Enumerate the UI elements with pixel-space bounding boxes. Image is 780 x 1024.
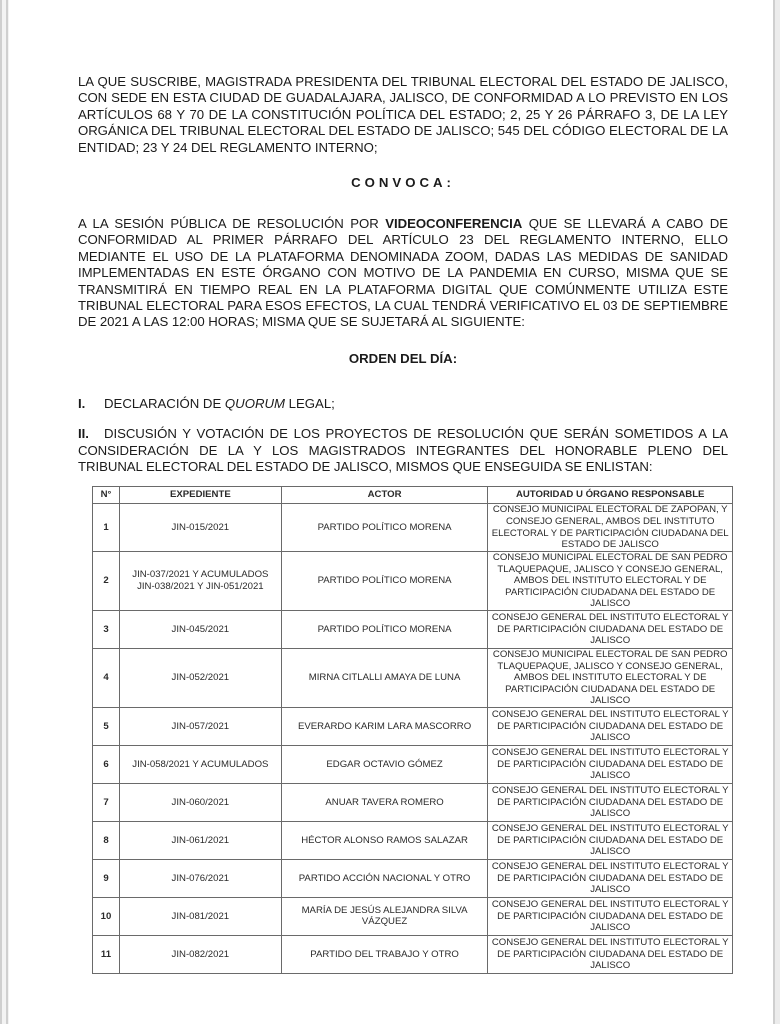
page-edge [0,0,2,1024]
page-edge [6,0,8,1024]
row-number: 11 [93,935,120,973]
autoridad-cell: CONSEJO GENERAL DEL INSTITUTO ELECTORAL … [488,859,733,897]
actor-cell: PARTIDO DEL TRABAJO Y OTRO [281,935,488,973]
actor-cell: EVERARDO KARIM LARA MASCORRO [281,707,488,745]
cases-table: N° EXPEDIENTE ACTOR AUTORIDAD U ÓRGANO R… [92,486,733,974]
actor-cell: HÉCTOR ALONSO RAMOS SALAZAR [281,821,488,859]
autoridad-cell: CONSEJO GENERAL DEL INSTITUTO ELECTORAL … [488,745,733,783]
table-row: 2JIN-037/2021 Y ACUMULADOS JIN-038/2021 … [93,552,733,611]
table-row: 3JIN-045/2021PARTIDO POLÍTICO MORENACONS… [93,610,733,648]
row-number: 3 [93,610,120,648]
agenda-item-number: I. [78,396,104,412]
expediente-cell: JIN-015/2021 [119,504,281,552]
expediente-cell: JIN-058/2021 Y ACUMULADOS [119,745,281,783]
row-number: 10 [93,897,120,935]
table-row: 10JIN-081/2021MARÍA DE JESÚS ALEJANDRA S… [93,897,733,935]
agenda-heading: ORDEN DEL DÍA: [78,351,728,366]
autoridad-cell: CONSEJO MUNICIPAL ELECTORAL DE ZAPOPAN, … [488,504,733,552]
expediente-cell: JIN-061/2021 [119,821,281,859]
actor-cell: PARTIDO POLÍTICO MORENA [281,610,488,648]
page-edge [774,0,780,1024]
table-row: 6JIN-058/2021 Y ACUMULADOSEDGAR OCTAVIO … [93,745,733,783]
row-number: 7 [93,783,120,821]
convocation-paragraph: A LA SESIÓN PÚBLICA DE RESOLUCIÓN POR VI… [78,216,728,331]
expediente-cell: JIN-082/2021 [119,935,281,973]
table-body: 1JIN-015/2021PARTIDO POLÍTICO MORENACONS… [93,504,733,974]
row-number: 8 [93,821,120,859]
table-row: 11JIN-082/2021PARTIDO DEL TRABAJO Y OTRO… [93,935,733,973]
table-row: 5JIN-057/2021EVERARDO KARIM LARA MASCORR… [93,707,733,745]
row-number: 9 [93,859,120,897]
actor-cell: PARTIDO ACCIÓN NACIONAL Y OTRO [281,859,488,897]
table-row: 9JIN-076/2021PARTIDO ACCIÓN NACIONAL Y O… [93,859,733,897]
convocation-bold: VIDEOCONFERENCIA [385,216,522,231]
autoridad-cell: CONSEJO MUNICIPAL ELECTORAL DE SAN PEDRO… [488,552,733,611]
actor-cell: PARTIDO POLÍTICO MORENA [281,552,488,611]
agenda-item-text: DISCUSIÓN Y VOTACIÓN DE LOS PROYECTOS DE… [78,426,728,474]
agenda-item-italic: QUORUM [225,396,285,411]
convoca-heading: CONVOCA: [78,175,728,190]
actor-cell: PARTIDO POLÍTICO MORENA [281,504,488,552]
header-autoridad: AUTORIDAD U ÓRGANO RESPONSABLE [488,487,733,504]
row-number: 2 [93,552,120,611]
autoridad-cell: CONSEJO GENERAL DEL INSTITUTO ELECTORAL … [488,783,733,821]
table-row: 8JIN-061/2021HÉCTOR ALONSO RAMOS SALAZAR… [93,821,733,859]
agenda-item-text: LEGAL; [285,396,335,411]
intro-paragraph: LA QUE SUSCRIBE, MAGISTRADA PRESIDENTA D… [78,74,728,156]
table-row: 4JIN-052/2021MIRNA CITLALLI AMAYA DE LUN… [93,648,733,707]
row-number: 6 [93,745,120,783]
actor-cell: ANUAR TAVERA ROMERO [281,783,488,821]
convocation-text: QUE SE LLEVARÁ A CABO DE CONFORMIDAD AL … [78,216,728,329]
expediente-cell: JIN-057/2021 [119,707,281,745]
expediente-cell: JIN-037/2021 Y ACUMULADOS JIN-038/2021 Y… [119,552,281,611]
convocation-text: A LA SESIÓN PÚBLICA DE RESOLUCIÓN POR [78,216,385,231]
actor-cell: MIRNA CITLALLI AMAYA DE LUNA [281,648,488,707]
expediente-cell: JIN-052/2021 [119,648,281,707]
table-row: 1JIN-015/2021PARTIDO POLÍTICO MORENACONS… [93,504,733,552]
row-number: 1 [93,504,120,552]
row-number: 4 [93,648,120,707]
document-body: LA QUE SUSCRIBE, MAGISTRADA PRESIDENTA D… [78,74,728,476]
actor-cell: MARÍA DE JESÚS ALEJANDRA SILVA VÁZQUEZ [281,897,488,935]
expediente-cell: JIN-060/2021 [119,783,281,821]
autoridad-cell: CONSEJO GENERAL DEL INSTITUTO ELECTORAL … [488,707,733,745]
agenda-item-1: I.DECLARACIÓN DE QUORUM LEGAL; [78,396,728,412]
expediente-cell: JIN-045/2021 [119,610,281,648]
agenda-item-text: DECLARACIÓN DE [104,396,225,411]
expediente-cell: JIN-076/2021 [119,859,281,897]
row-number: 5 [93,707,120,745]
expediente-cell: JIN-081/2021 [119,897,281,935]
autoridad-cell: CONSEJO GENERAL DEL INSTITUTO ELECTORAL … [488,897,733,935]
header-number: N° [93,487,120,504]
agenda-item-number: II. [78,426,104,442]
actor-cell: EDGAR OCTAVIO GÓMEZ [281,745,488,783]
autoridad-cell: CONSEJO GENERAL DEL INSTITUTO ELECTORAL … [488,821,733,859]
autoridad-cell: CONSEJO GENERAL DEL INSTITUTO ELECTORAL … [488,935,733,973]
header-expediente: EXPEDIENTE [119,487,281,504]
autoridad-cell: CONSEJO GENERAL DEL INSTITUTO ELECTORAL … [488,610,733,648]
header-actor: ACTOR [281,487,488,504]
autoridad-cell: CONSEJO MUNICIPAL ELECTORAL DE SAN PEDRO… [488,648,733,707]
agenda-item-2: II.DISCUSIÓN Y VOTACIÓN DE LOS PROYECTOS… [78,426,728,475]
table-header-row: N° EXPEDIENTE ACTOR AUTORIDAD U ÓRGANO R… [93,487,733,504]
table-row: 7JIN-060/2021ANUAR TAVERA ROMEROCONSEJO … [93,783,733,821]
